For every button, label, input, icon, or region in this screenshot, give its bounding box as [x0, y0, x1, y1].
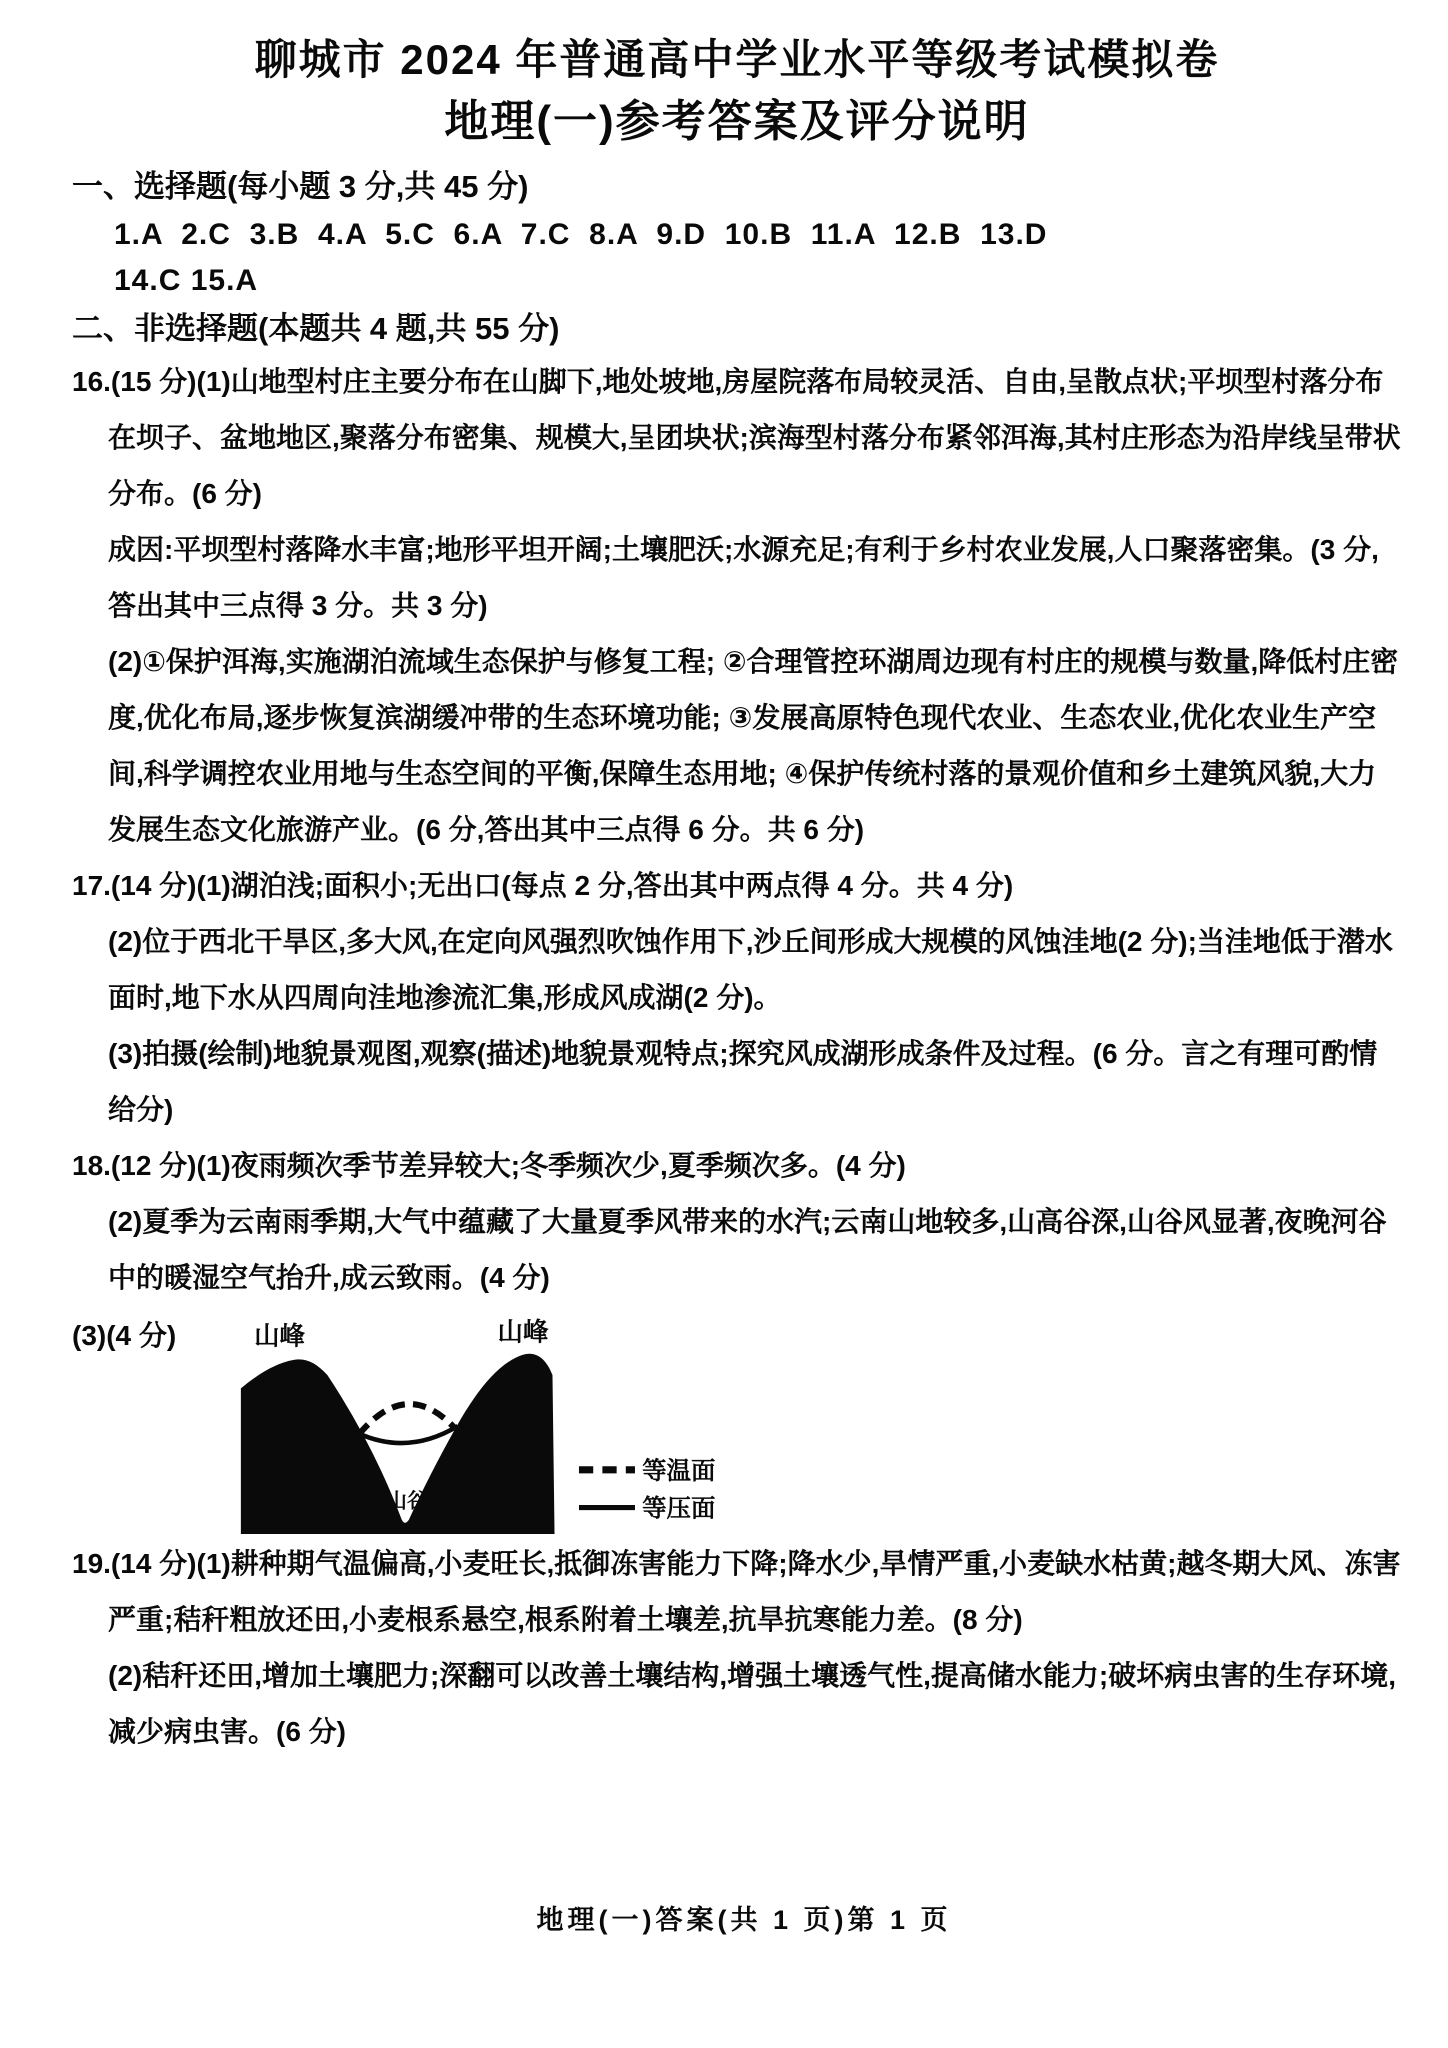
valley-inversion-diagram: 山峰 山峰 山谷 等温面 等压面 [220, 1312, 720, 1534]
q17-part2: (2)位于西北干旱区,多大风,在定向风强烈吹蚀作用下,沙丘间形成大规模的风蚀洼地… [108, 914, 1402, 1026]
valley-label: 山谷 [387, 1490, 428, 1513]
q17-part3: (3)拍摄(绘制)地貌景观图,观察(描述)地貌景观特点;探究风成湖形成条件及过程… [108, 1026, 1402, 1138]
peak-label-left: 山峰 [254, 1323, 305, 1351]
q18-part3-score-label: (3)(4 分) [108, 1312, 220, 1360]
q16-part2: (2)①保护洱海,实施湖泊流域生态保护与修复工程; ②合理管控环湖周边现有村庄的… [108, 634, 1402, 858]
isotherm-line [359, 1404, 455, 1434]
legend-isotherm-label: 等温面 [642, 1456, 715, 1485]
exam-title: 聊城市 2024 年普通高中学业水平等级考试模拟卷 [72, 34, 1402, 86]
choice-answers-line-1: 1.A 2.C 3.B 4.A 5.C 6.A 7.C 8.A 9.D 10.B… [114, 212, 1402, 258]
q18-part2: (2)夏季为云南雨季期,大气中蕴藏了大量夏季风带来的水汽;云南山地较多,山高谷深… [108, 1194, 1402, 1306]
question-19-answer: 19.(14 分)(1)耕种期气温偏高,小麦旺长,抵御冻害能力下降;降水少,旱情… [72, 1536, 1402, 1760]
q16-cause: 成因:平坝型村落降水丰富;地形平坦开阔;土壤肥沃;水源充足;有利于乡村农业发展,… [108, 522, 1402, 634]
choice-answers-line-2: 14.C 15.A [114, 258, 1402, 304]
question-18-answer: 18.(12 分)(1)夜雨频次季节差异较大;冬季频次少,夏季频次多。(4 分)… [72, 1138, 1402, 1534]
peak-label-right: 山峰 [498, 1319, 549, 1347]
page-footer: 地理(一)答案(共 1 页)第 1 页 [0, 1898, 1448, 1937]
legend-isobar-label: 等压面 [642, 1494, 715, 1523]
q19-part2: (2)秸秆还田,增加土壤肥力;深翻可以改善土壤结构,增强土壤透气性,提高储水能力… [108, 1648, 1402, 1760]
q19-part1: 19.(14 分)(1)耕种期气温偏高,小麦旺长,抵御冻害能力下降;降水少,旱情… [108, 1536, 1402, 1648]
q17-part1: 17.(14 分)(1)湖泊浅;面积小;无出口(每点 2 分,答出其中两点得 4… [108, 858, 1402, 914]
q16-part1: 16.(15 分)(1)山地型村庄主要分布在山脚下,地处坡地,房屋院落布局较灵活… [108, 354, 1402, 522]
q18-part1: 18.(12 分)(1)夜雨频次季节差异较大;冬季频次少,夏季频次多。(4 分) [108, 1138, 1402, 1194]
section-1-heading: 一、选择题(每小题 3 分,共 45 分) [72, 162, 1402, 212]
answer-key-subtitle: 地理(一)参考答案及评分说明 [72, 94, 1402, 150]
isobar-line [356, 1426, 458, 1443]
answer-sheet-page: 聊城市 2024 年普通高中学业水平等级考试模拟卷 地理(一)参考答案及评分说明… [0, 0, 1448, 1760]
section-2-heading: 二、非选择题(本题共 4 题,共 55 分) [72, 304, 1402, 354]
question-16-answer: 16.(15 分)(1)山地型村庄主要分布在山脚下,地处坡地,房屋院落布局较灵活… [72, 354, 1402, 858]
q18-part3-diagram-row: (3)(4 分) 山峰 山峰 山谷 等温面 等压面 [108, 1312, 1402, 1534]
question-17-answer: 17.(14 分)(1)湖泊浅;面积小;无出口(每点 2 分,答出其中两点得 4… [72, 858, 1402, 1138]
